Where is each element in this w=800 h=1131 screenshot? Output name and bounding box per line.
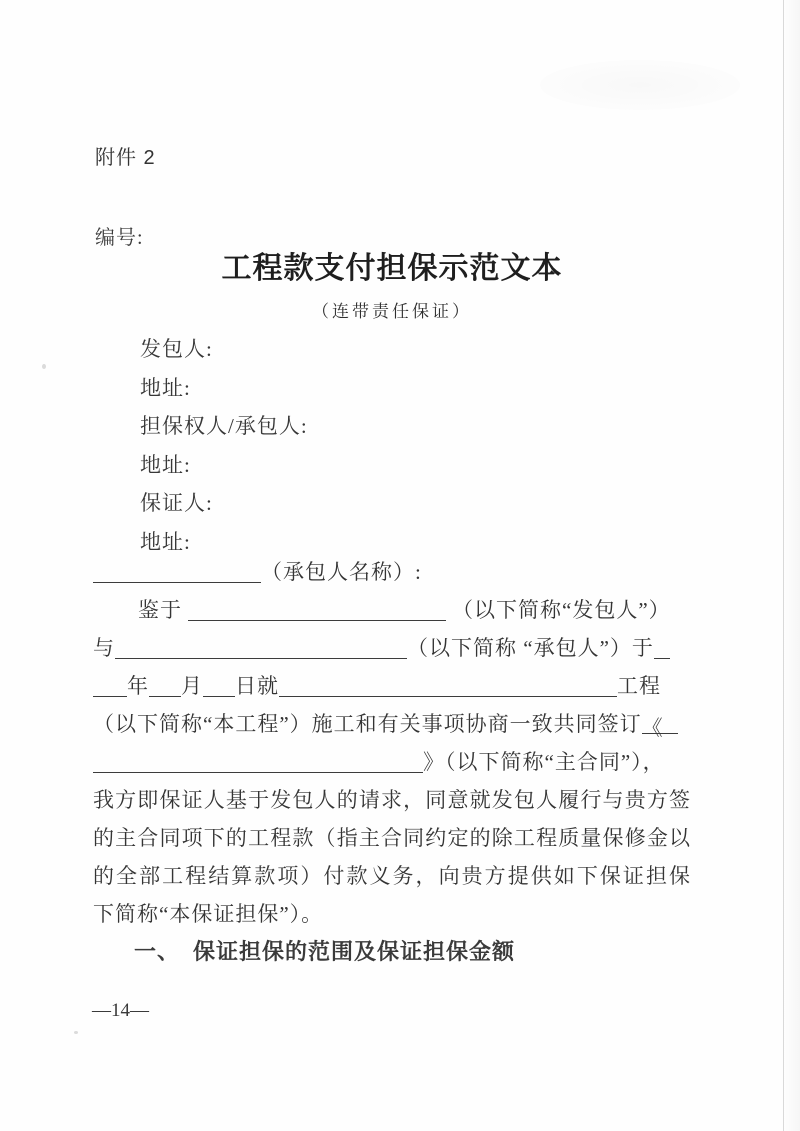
- scan-smudge: [540, 60, 740, 110]
- document-subtitle: （连带责任保证）: [93, 297, 691, 322]
- blank-year: [93, 672, 127, 697]
- guarantor-label: 保证人:: [140, 484, 308, 523]
- blank-contractor-name: [93, 558, 261, 583]
- signing-line: （以下简称“本工程”）施工和有关事项协商一致共同签订《: [93, 705, 691, 743]
- book-close-text: 》（以下简称“主合同”），: [423, 750, 665, 774]
- section-number: 一、: [134, 939, 180, 964]
- contract-book-open: 《: [642, 709, 678, 734]
- whereas-word: 鉴于: [138, 598, 182, 622]
- scan-edge-shadow: [783, 0, 800, 1131]
- scan-speck: [42, 364, 46, 369]
- scan-speck: [74, 1031, 78, 1034]
- and-contractor-line: 与（以下简称 “承包人”）于: [93, 629, 691, 667]
- attachment-label: 附件 2: [95, 141, 156, 170]
- body-block: （承包人名称）: 鉴于（以下简称“发包人”） 与（以下简称 “承包人”）于 年月…: [93, 553, 691, 971]
- day-regarding-word: 日就: [235, 674, 279, 698]
- paragraph-line-2: 的主合同项下的工程款（指主合同约定的除工程质量保修金以外: [93, 819, 691, 857]
- guarantee-holder-label: 担保权人/承包人:: [140, 407, 308, 446]
- section-heading: 一、保证担保的范围及保证担保金额: [93, 933, 691, 971]
- holder-address-label: 地址:: [140, 446, 308, 485]
- section-title: 保证担保的范围及保证担保金额: [193, 939, 515, 964]
- signing-text: （以下简称“本工程”）施工和有关事项协商一致共同签订: [93, 712, 642, 736]
- contract-title-line: 》（以下简称“主合同”），: [93, 743, 691, 781]
- blank-month: [149, 672, 181, 697]
- blank-contractor-name-2: [115, 634, 407, 659]
- document-title: 工程款支付担保示范文本: [93, 243, 691, 287]
- month-word: 月: [181, 674, 203, 698]
- blank-contract-title: [93, 748, 423, 773]
- contractor-short-note: （以下简称 “承包人”）于: [407, 636, 654, 660]
- and-word: 与: [93, 636, 115, 660]
- paragraph-line-3: 的全部工程结算款项）付款义务，向贵方提供如下保证担保（以: [93, 857, 691, 895]
- scanned-document-page: 附件 2 编号: 工程款支付担保示范文本 （连带责任保证） 发包人: 地址: 担…: [0, 0, 800, 1131]
- whereas-line: 鉴于（以下简称“发包人”）: [93, 591, 691, 629]
- date-project-line: 年月日就工程: [93, 667, 691, 705]
- blank-date-start: [654, 634, 670, 659]
- blank-day: [203, 672, 235, 697]
- employer-label: 发包人:: [140, 330, 308, 369]
- employer-address-label: 地址:: [140, 369, 308, 408]
- parties-block: 发包人: 地址: 担保权人/承包人: 地址: 保证人: 地址:: [140, 330, 308, 561]
- employer-short-note: （以下简称“发包人”）: [452, 598, 671, 622]
- page-number: —14—: [92, 1000, 149, 1022]
- contractor-name-line: （承包人名称）:: [93, 553, 691, 591]
- paragraph-line-1: 我方即保证人基于发包人的请求，同意就发包人履行与贵方签订: [93, 781, 691, 819]
- paragraph-line-4: 下简称“本保证担保”）。: [93, 895, 691, 933]
- blank-employer-name: [188, 596, 446, 621]
- blank-project-name: [279, 672, 617, 697]
- project-word: 工程: [617, 674, 661, 698]
- year-word: 年: [127, 674, 149, 698]
- contractor-name-note: （承包人名称）:: [261, 560, 422, 584]
